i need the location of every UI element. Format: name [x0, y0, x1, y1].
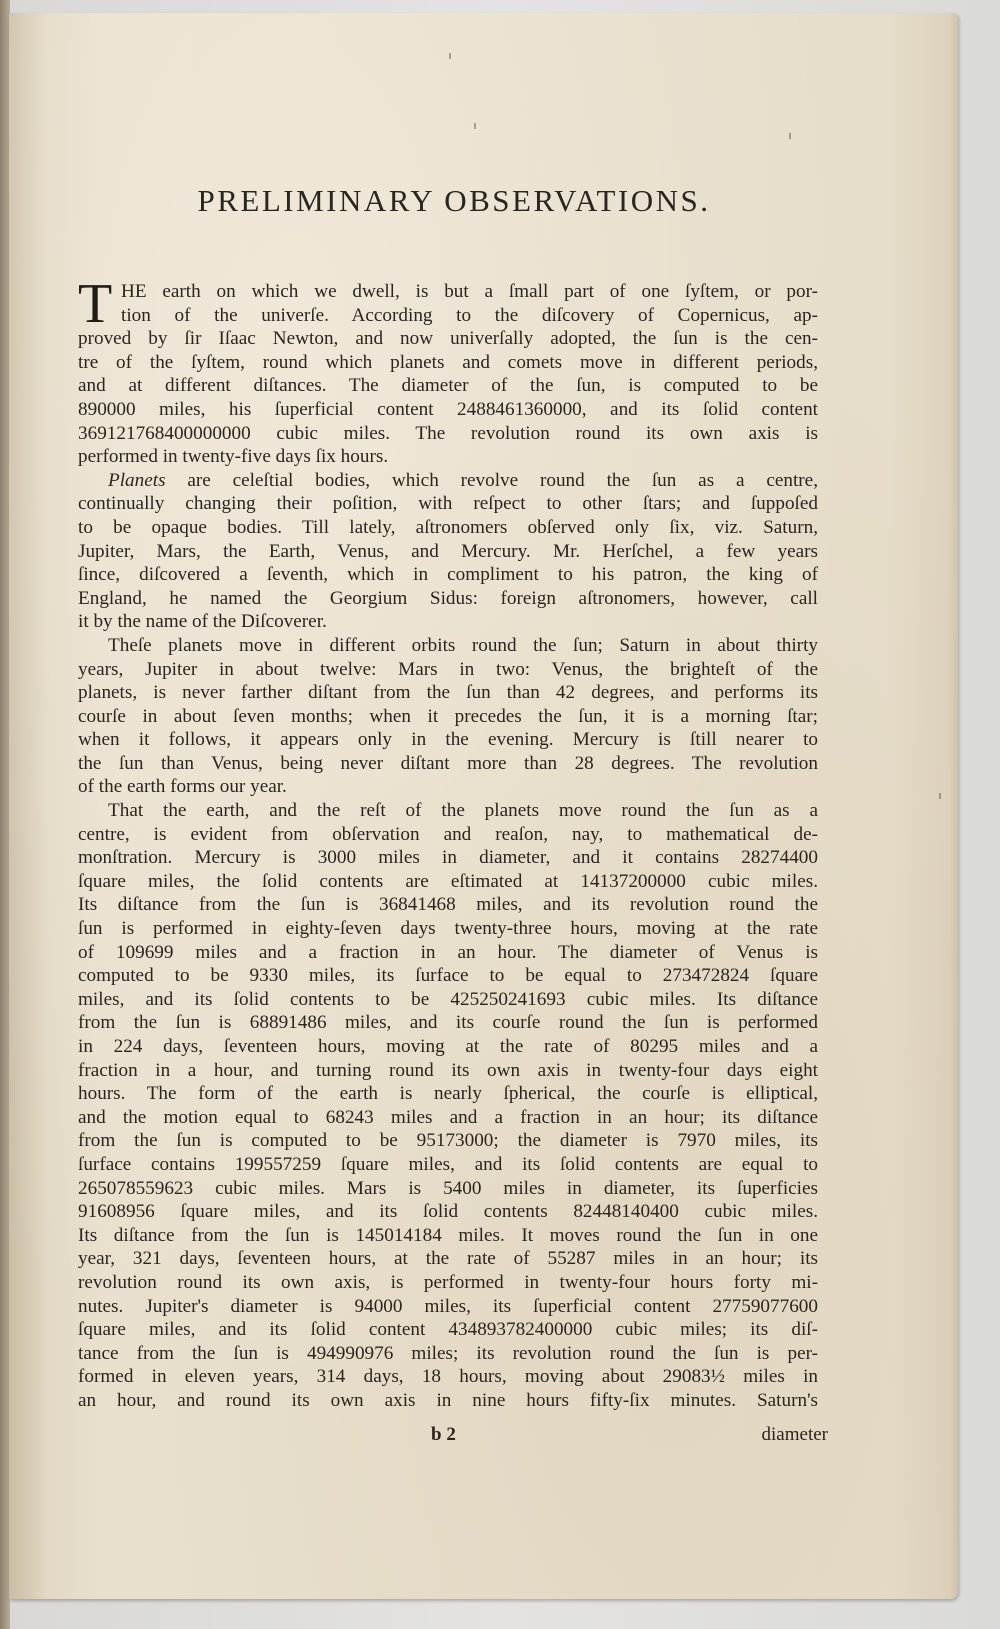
drop-cap: T — [78, 282, 112, 326]
text-line: tion of the univerſe. According to the d… — [78, 304, 818, 328]
text-line: monſtration. Mercury is 3000 miles in di… — [78, 846, 818, 870]
text-line: Its diſtance from the ſun is 36841468 mi… — [78, 893, 818, 917]
text-line: when it follows, it appears only in the … — [78, 728, 818, 752]
text-line: revolution round its own axis, is perfor… — [78, 1271, 818, 1295]
text-line: That the earth, and the reſt of the plan… — [78, 799, 818, 823]
text-line: tance from the ſun is 494990976 miles; i… — [78, 1342, 818, 1366]
text-line: Jupiter, Mars, the Earth, Venus, and Mer… — [78, 540, 818, 564]
italic-term: Planets — [108, 470, 166, 491]
text-line: ſquare miles, and its ſolid content 4348… — [78, 1318, 818, 1342]
text-line: formed in eleven years, 314 days, 18 hou… — [78, 1365, 818, 1389]
text-line: and the motion equal to 68243 miles and … — [78, 1106, 818, 1130]
text-line: miles, and its ſolid contents to be 4252… — [78, 988, 818, 1012]
text-line: of the earth forms our year. — [78, 775, 818, 799]
text-line: in 224 days, ſeventeen hours, moving at … — [78, 1035, 818, 1059]
text-line: courſe in about ſeven months; when it pr… — [78, 705, 818, 729]
text-line: of 109699 miles and a fraction in an hou… — [78, 941, 818, 965]
text-line: performed in twenty-five days ſix hours. — [78, 445, 818, 469]
text-line: ſun is performed in eighty-ſeven days tw… — [78, 917, 818, 941]
text-line: year, 321 days, ſeventeen hours, at the … — [78, 1247, 818, 1271]
text-line: and at different diſtances. The diameter… — [78, 374, 818, 398]
text-line: it by the name of the Diſcoverer. — [78, 610, 818, 634]
catchword: diameter — [762, 1424, 828, 1446]
text-line: an hour, and round its own axis in nine … — [78, 1389, 818, 1413]
text-line: proved by ſir Iſaac Newton, and now univ… — [78, 327, 818, 351]
text-line: ſince, diſcovered a ſeventh, which in co… — [78, 563, 818, 587]
text-line: nutes. Jupiter's diameter is 94000 miles… — [78, 1295, 818, 1319]
body-text: T HE earth on which we dwell, is but a ſ… — [78, 280, 818, 1413]
text-line: 265078559623 cubic miles. Mars is 5400 m… — [78, 1177, 818, 1201]
text-line: England, he named the Georgium Sidus: fo… — [78, 587, 818, 611]
text-line: years, Jupiter in about twelve: Mars in … — [78, 658, 818, 682]
text-line: continually changing their poſition, wit… — [78, 492, 818, 516]
text-line: ſurface contains 199557259 ſquare miles,… — [78, 1153, 818, 1177]
text-line: Its diſtance from the ſun is 145014184 m… — [78, 1224, 818, 1248]
text-line: tre of the ſyſtem, round which planets a… — [78, 351, 818, 375]
text-line: from the ſun is 68891486 miles, and its … — [78, 1011, 818, 1035]
text-line: Planets are celeſtial bodies, which revo… — [78, 469, 818, 493]
paper-speck — [474, 123, 476, 129]
paper-speck — [449, 53, 451, 59]
text-line: the ſun than Venus, being never diſtant … — [78, 752, 818, 776]
text-line: Theſe planets move in different orbits r… — [78, 634, 818, 658]
text-line: HE earth on which we dwell, is but a ſma… — [78, 280, 818, 304]
text-line: planets, is never farther diſtant from t… — [78, 681, 818, 705]
text-span: are celeſtial bodies, which revolve roun… — [166, 470, 818, 491]
signature-mark: b 2 — [431, 1424, 456, 1446]
text-line: computed to be 9330 miles, its ſurface t… — [78, 964, 818, 988]
paragraph-3: Theſe planets move in different orbits r… — [78, 634, 818, 799]
text-line: 369121768400000000 cubic miles. The revo… — [78, 422, 818, 446]
text-line: 890000 miles, his ſuperficial content 24… — [78, 398, 818, 422]
text-line: fraction in a hour, and turning round it… — [78, 1059, 818, 1083]
text-line: from the ſun is computed to be 95173000;… — [78, 1129, 818, 1153]
paragraph-1: T HE earth on which we dwell, is but a ſ… — [78, 280, 818, 469]
page-title: PRELIMINARY OBSERVATIONS. — [9, 183, 899, 219]
paper-speck — [939, 793, 941, 799]
paragraph-2: Planets are celeſtial bodies, which revo… — [78, 469, 818, 634]
page-footer: b 2 diameter — [78, 1424, 828, 1450]
paper-speck — [789, 133, 791, 139]
text-line: 91608956 ſquare miles, and its ſolid con… — [78, 1200, 818, 1224]
text-line: hours. The form of the earth is nearly ſ… — [78, 1082, 818, 1106]
text-line: centre, is evident from obſervation and … — [78, 823, 818, 847]
paragraph-4: That the earth, and the reſt of the plan… — [78, 799, 818, 1412]
text-line: ſquare miles, the ſolid contents are eſt… — [78, 870, 818, 894]
text-line: to be opaque bodies. Till lately, aſtron… — [78, 516, 818, 540]
